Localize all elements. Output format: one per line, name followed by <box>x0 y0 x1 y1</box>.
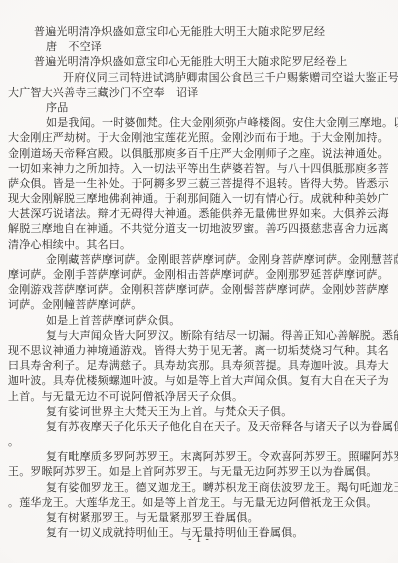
text-line: 现大金刚解脱三摩地佛刹神通。于刹那间随入一切有情心行。成就种种美妙广 <box>8 192 394 207</box>
text-line: 。莲华龙王。大莲华龙王。如是等上首龙王。与无量无边阿僧祇龙王众俱。 <box>8 496 394 511</box>
text-line: 诃萨。金刚幢菩萨摩诃萨。 <box>8 298 394 313</box>
text-line: 复有毗摩质多罗阿苏罗王。末离阿苏罗王。令欢喜阿苏罗王。照曜阿苏罗 <box>8 450 394 465</box>
text-line: 复有娑伽罗龙王。德叉迦龙王。嚩苏枳龙王商佉波罗龙王。羯句吒迦龙王 <box>8 481 394 496</box>
text-line: 普遍光明清净炽盛如意宝印心无能胜大明王大随求陀罗尼经卷上 <box>8 55 394 70</box>
text-line: 如是上首菩萨摩诃萨众俱。 <box>8 314 394 329</box>
sutra-text-lines: 普遍光明清净炽盛如意宝印心无能胜大明王大随求陀罗尼经唐 不空译普遍光明清净炽盛如… <box>8 25 394 541</box>
text-line: 序品 <box>8 101 394 116</box>
text-line: 大甚深巧说诸法。辩才无碍得大神通。悉能供养无量佛世界如来。大俱养云海 <box>8 207 394 222</box>
text-line: 上首。与无量无边不可说阿僧祇净居天子众俱。 <box>8 390 394 405</box>
text-line: 曰具寿舍利子。足寿满慈子。具寿劫宾那。具寿须菩提。具寿迦叶波。具寿大 <box>8 359 394 374</box>
text-line: 复有苏夜摩天子化乐天子他化自在天子。及天帝释各与诸天子以为眷属俱 <box>8 420 394 435</box>
text-line: 普遍光明清净炽盛如意宝印心无能胜大明王大随求陀罗尼经 <box>8 25 394 40</box>
text-line: 如是我闻。一时婆伽梵。住大金刚须弥卢峰楼阁。安住大金刚三摩地。以 <box>8 116 394 131</box>
text-line: 现不思议神通力神境通游戏。皆得大势于见无著。离一切垢焚烧习气种。其名 <box>8 344 394 359</box>
text-line: 金刚藏菩萨摩诃萨。金刚眼菩萨摩诃萨。金刚身菩萨摩诃萨。金刚慧菩萨 <box>8 253 394 268</box>
text-line: 复有树紧那罗王。与无量紧那罗王眷属俱。 <box>8 511 394 526</box>
text-line: 金刚游戏菩萨摩诃萨。金刚积菩萨摩诃萨。金刚髻菩萨摩诃萨。金刚妙菩萨摩 <box>8 283 394 298</box>
text-line: 清净心相续中。其名曰。 <box>8 238 394 253</box>
text-line: 金刚道场天帝释宫殿。以俱胝那庾多百千庄严大金刚师子之座。说法神通处。 <box>8 147 394 162</box>
text-line: 王。罗睺阿苏罗王。如是上首阿苏罗王。与无量无边阿苏罗王以为眷属俱。 <box>8 465 394 480</box>
text-line: 萨众俱。皆是一生补处。于阿耨多罗三藐三菩提得不退转。皆得大势。皆悉示 <box>8 177 394 192</box>
page-number: - 1 - <box>0 534 398 545</box>
scanned-sutra-page: 普遍光明清净炽盛如意宝印心无能胜大明王大随求陀罗尼经唐 不空译普遍光明清净炽盛如… <box>0 0 398 563</box>
text-line: 摩诃萨。金刚手菩萨摩诃萨。金刚相击菩萨摩诃萨。金刚那罗延菩萨摩诃萨。 <box>8 268 394 283</box>
text-line: 迦叶波。具寿优楼频螺迦叶波。与如是等上首大声闻众俱。复有大自在天子为 <box>8 374 394 389</box>
text-line: 开府仪同三司特进试鸿胪卿肃国公食邑三千户赐紫赠司空谥大鉴正号 <box>8 71 394 86</box>
text-line: 一切如来神力之所加持。入一切法平等出生萨婆若智。与八十四俱胝那庾多菩 <box>8 162 394 177</box>
text-line: 大金刚庄严劫树。于大金刚池宝莲花光照。金刚沙而布于地。于大金刚加持。 <box>8 131 394 146</box>
text-line: 解脱三摩地自在神通。不共觉分道支一切地波罗蜜。善巧四摄慈悲喜舍力远离 <box>8 222 394 237</box>
text-line: 复与大声闻众皆大阿罗汉。断除有结尽一切漏。得善正知心善解脱。悉能 <box>8 329 394 344</box>
text-line: 大广智大兴善寺三藏沙门不空奉 诏译 <box>8 86 394 101</box>
text-line: 复有娑诃世界主大梵天王为上首。与梵众天子俱。 <box>8 405 394 420</box>
text-line: 唐 不空译 <box>8 40 394 55</box>
text-line: 。 <box>8 435 394 450</box>
